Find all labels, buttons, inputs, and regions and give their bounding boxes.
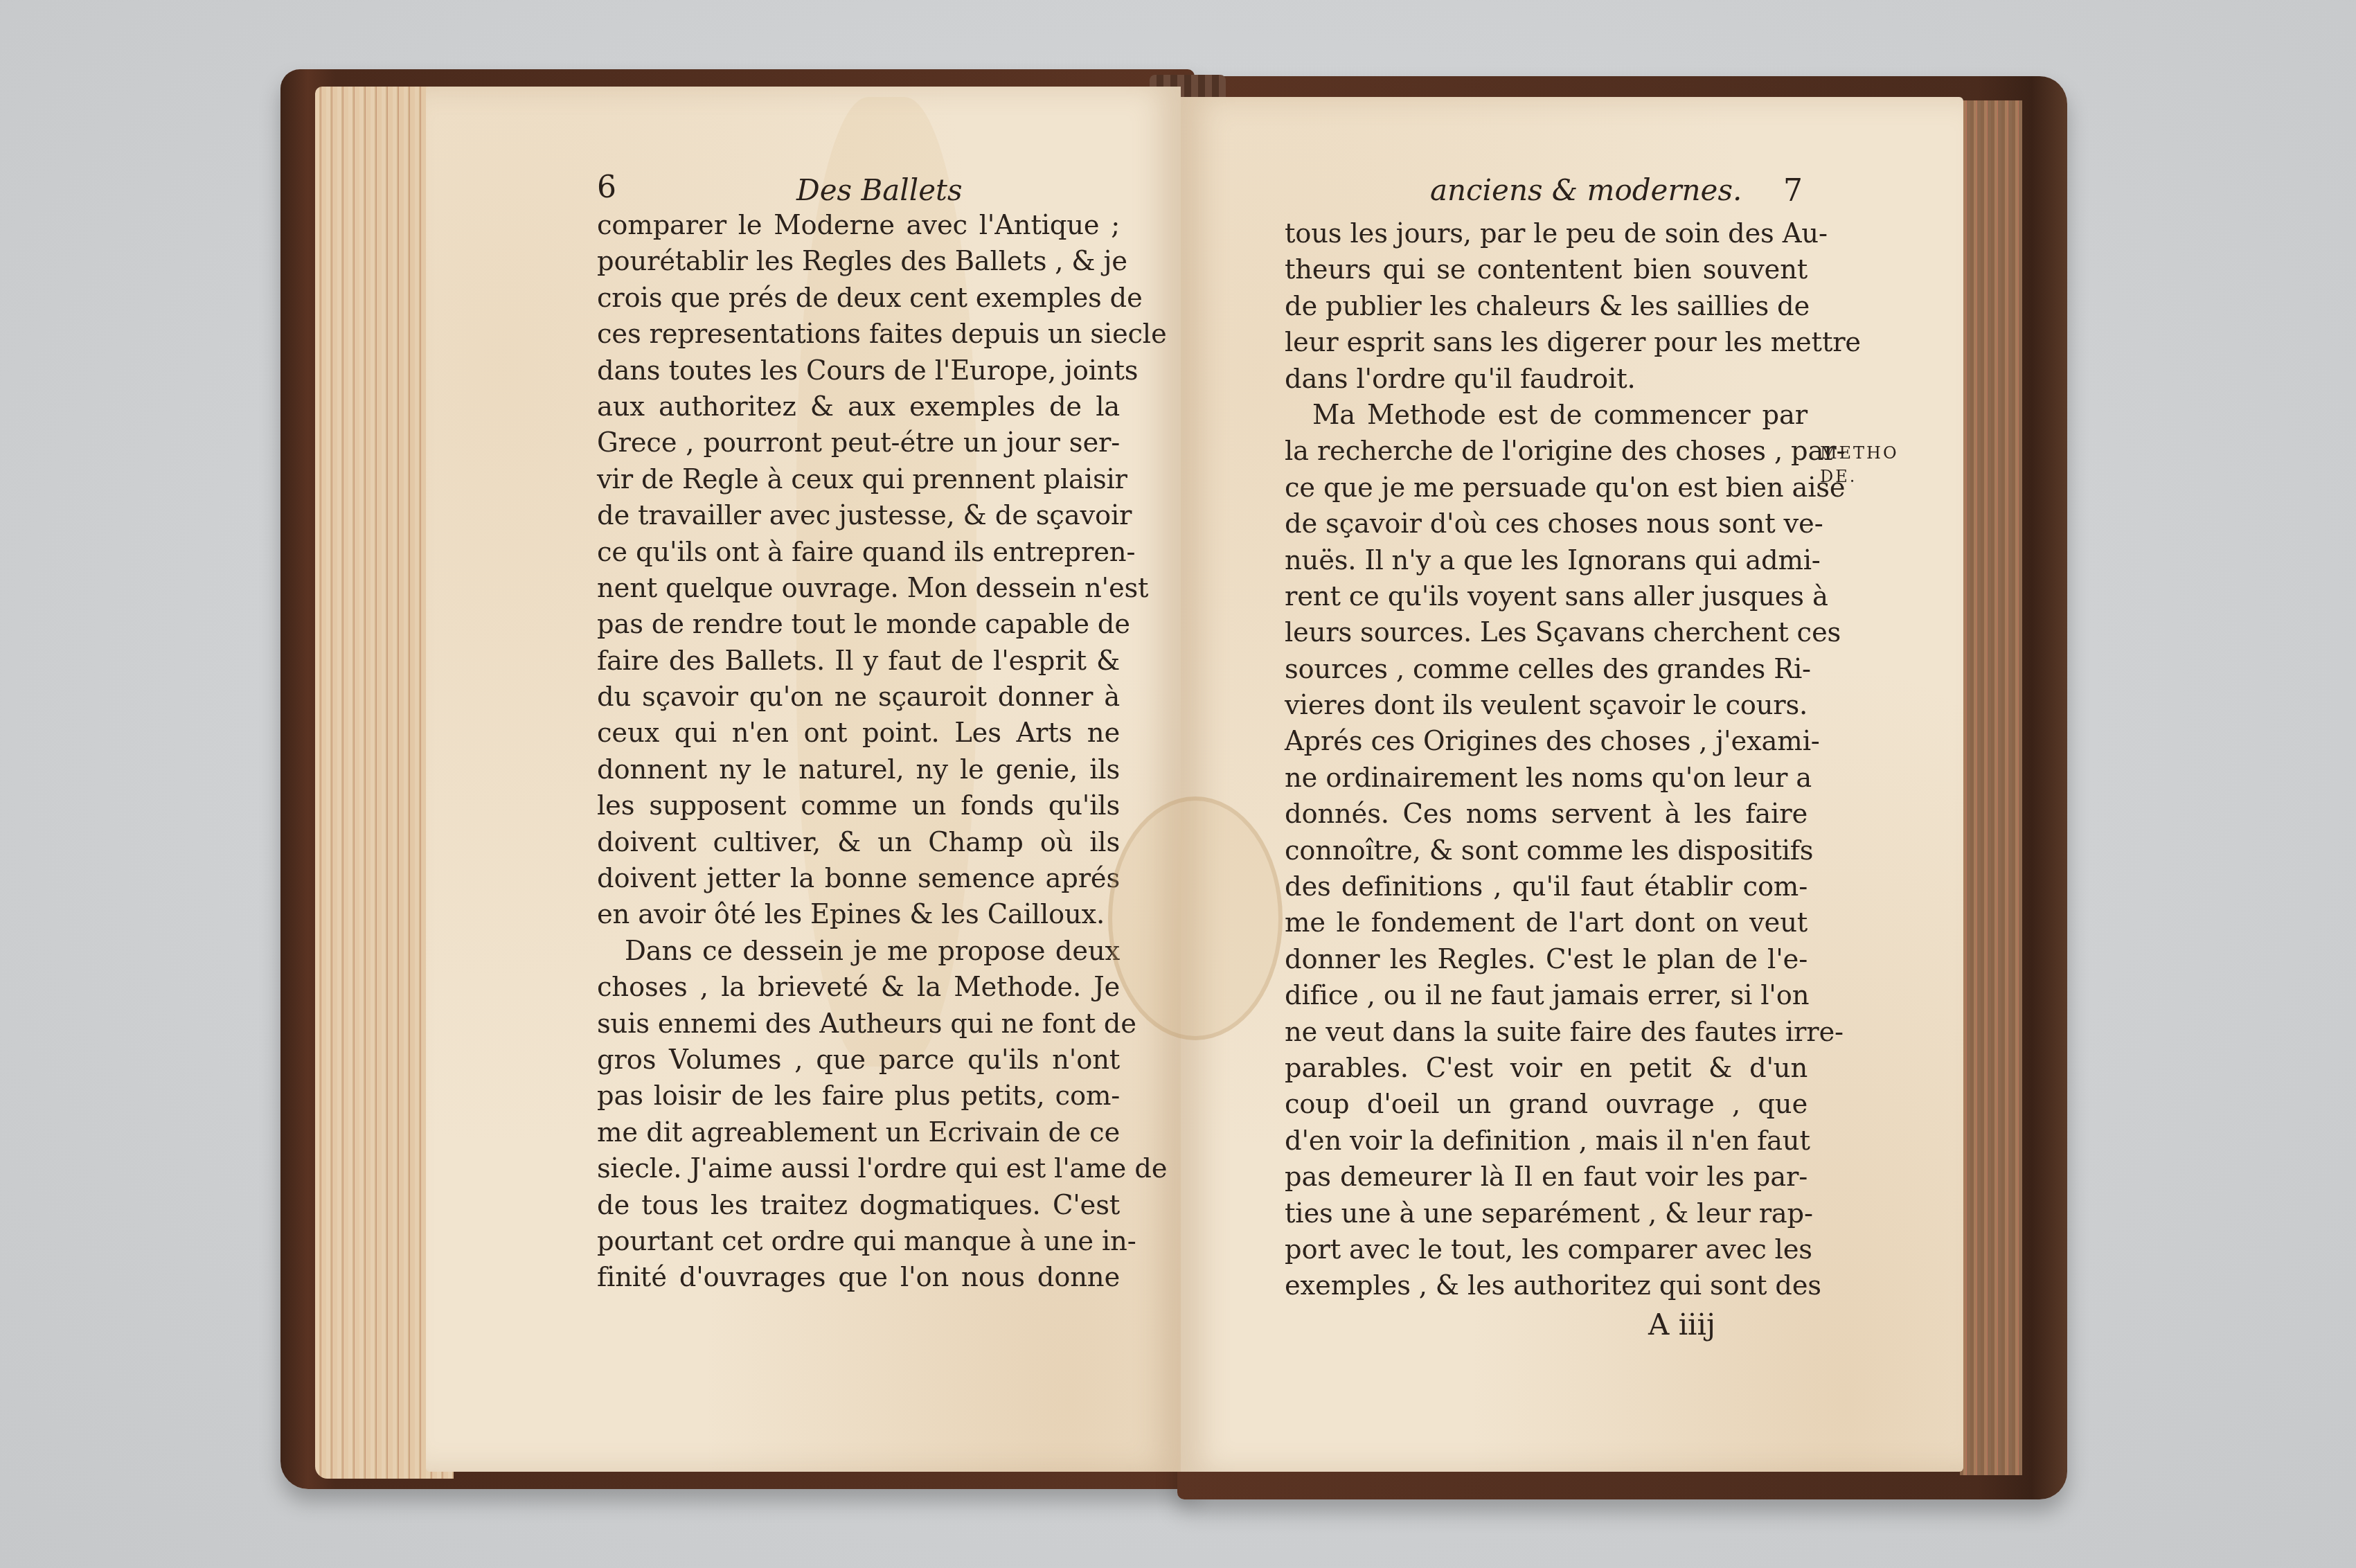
- text-line: donnent ny le naturel, ny le genie, ils: [597, 752, 1120, 788]
- text-line: leur esprit sans les digerer pour les me…: [1285, 325, 1808, 361]
- text-line: ce qu'ils ont à faire quand ils entrepre…: [597, 535, 1120, 571]
- left-running-head: Des Ballets: [796, 173, 963, 207]
- round-stain: [1108, 796, 1283, 1040]
- text-line: pourtant cet ordre qui manque à une in-: [597, 1224, 1120, 1260]
- text-line: la recherche de l'origine des choses , p…: [1285, 434, 1808, 470]
- open-book: 6 Des Ballets comparer le Moderne avec l…: [0, 0, 2356, 1568]
- text-line: de publier les chaleurs & les saillies d…: [1285, 289, 1808, 325]
- text-line: nuës. Il n'y a que les Ignorans qui admi…: [1285, 543, 1808, 579]
- text-line: parables. C'est voir en petit & d'un: [1285, 1051, 1808, 1087]
- text-line: de sçavoir d'où ces choses nous sont ve-: [1285, 506, 1808, 542]
- text-line: Aprés ces Origines des choses , j'exami-: [1285, 724, 1808, 760]
- right-page-edges: [1960, 100, 2022, 1475]
- text-line: faire des Ballets. Il y faut de l'esprit…: [597, 643, 1120, 679]
- text-line: doivent cultiver, & un Champ où ils: [597, 825, 1120, 861]
- text-line: Dans ce dessein je me propose deux: [597, 934, 1120, 970]
- text-line: doivent jetter la bonne semence aprés: [597, 861, 1120, 897]
- text-line: ties une à une separément , & leur rap-: [1285, 1196, 1808, 1232]
- text-line: Grece , pourront peut-étre un jour ser-: [597, 425, 1120, 461]
- text-line: me le fondement de l'art dont on veut: [1285, 905, 1808, 941]
- text-line: rent ce qu'ils voyent sans aller jusques…: [1285, 579, 1808, 615]
- text-line: du sçavoir qu'on ne sçauroit donner à: [597, 679, 1120, 715]
- text-line: dans l'ordre qu'il faudroit.: [1285, 362, 1808, 398]
- right-page-text: tous les jours, par le peu de soin des A…: [1285, 216, 1808, 1305]
- text-line: vieres dont ils veulent sçavoir le cours…: [1285, 688, 1808, 724]
- text-line: d'en voir la definition , mais il n'en f…: [1285, 1123, 1808, 1159]
- text-line: ne ordinairement les noms qu'on leur a: [1285, 760, 1808, 796]
- text-line: coup d'oeil un grand ouvrage , que: [1285, 1087, 1808, 1123]
- text-line: gros Volumes , que parce qu'ils n'ont: [597, 1042, 1120, 1078]
- text-line: tous les jours, par le peu de soin des A…: [1285, 216, 1808, 252]
- text-line: Ma Methode est de commencer par: [1285, 398, 1808, 434]
- text-line: donnés. Ces noms servent à les faire: [1285, 796, 1808, 832]
- text-line: dans toutes les Cours de l'Europe, joint…: [597, 353, 1120, 389]
- signature-mark: A iiij: [1648, 1308, 1715, 1342]
- text-line: nent quelque ouvrage. Mon dessein n'est: [597, 571, 1120, 607]
- left-page-number: 6: [597, 170, 616, 205]
- text-line: comparer le Moderne avec l'Antique ;: [597, 208, 1120, 244]
- text-line: suis ennemi des Autheurs qui ne font de: [597, 1006, 1120, 1042]
- text-line: ce que je me persuade qu'on est bien ais…: [1285, 470, 1808, 506]
- text-line: sources , comme celles des grandes Ri-: [1285, 652, 1808, 688]
- text-line: port avec le tout, les comparer avec les: [1285, 1232, 1808, 1268]
- margin-note-line: METHO: [1820, 441, 1899, 465]
- text-line: les supposent comme un fonds qu'ils: [597, 788, 1120, 824]
- right-page-number: 7: [1783, 173, 1803, 208]
- left-page-text: comparer le Moderne avec l'Antique ; pou…: [597, 208, 1120, 1297]
- right-running-head: anciens & modernes.: [1430, 173, 1742, 207]
- text-line: pas loisir de les faire plus petits, com…: [597, 1078, 1120, 1114]
- text-line: pas de rendre tout le monde capable de: [597, 607, 1120, 643]
- text-line: ceux qui n'en ont point. Les Arts ne: [597, 715, 1120, 751]
- text-line: de travailler avec justesse, & de sçavoi…: [597, 498, 1120, 534]
- text-line: choses , la brieveté & la Methode. Je: [597, 970, 1120, 1006]
- text-line: ne veut dans la suite faire des fautes i…: [1285, 1015, 1808, 1051]
- text-line: connoître, & sont comme les dispositifs: [1285, 833, 1808, 869]
- text-line: me dit agreablement un Ecrivain de ce: [597, 1115, 1120, 1151]
- text-line: pourétablir les Regles des Ballets , & j…: [597, 244, 1120, 280]
- text-line: theurs qui se contentent bien souvent: [1285, 252, 1808, 288]
- text-line: siecle. J'aime aussi l'ordre qui est l'a…: [597, 1151, 1120, 1187]
- text-line: difice , ou il ne faut jamais errer, si …: [1285, 978, 1808, 1014]
- text-line: de tous les traitez dogmatiques. C'est: [597, 1188, 1120, 1224]
- text-line: vir de Regle à ceux qui prennent plaisir: [597, 462, 1120, 498]
- text-line: aux authoritez & aux exemples de la: [597, 389, 1120, 425]
- text-line: leurs sources. Les Sçavans cherchent ces: [1285, 615, 1808, 651]
- text-line: crois que prés de deux cent exemples de: [597, 280, 1120, 317]
- text-line: finité d'ouvrages que l'on nous donne: [597, 1260, 1120, 1296]
- text-line: des definitions , qu'il faut établir com…: [1285, 869, 1808, 905]
- text-line: exemples , & les authoritez qui sont des: [1285, 1268, 1808, 1304]
- margin-note-line: DE.: [1820, 465, 1899, 488]
- margin-note: METHO DE.: [1820, 441, 1899, 488]
- text-line: ces representations faites depuis un sie…: [597, 317, 1120, 353]
- text-line: donner les Regles. C'est le plan de l'e-: [1285, 942, 1808, 978]
- text-line: en avoir ôté les Epines & les Cailloux.: [597, 897, 1120, 933]
- text-line: pas demeurer là Il en faut voir les par-: [1285, 1159, 1808, 1195]
